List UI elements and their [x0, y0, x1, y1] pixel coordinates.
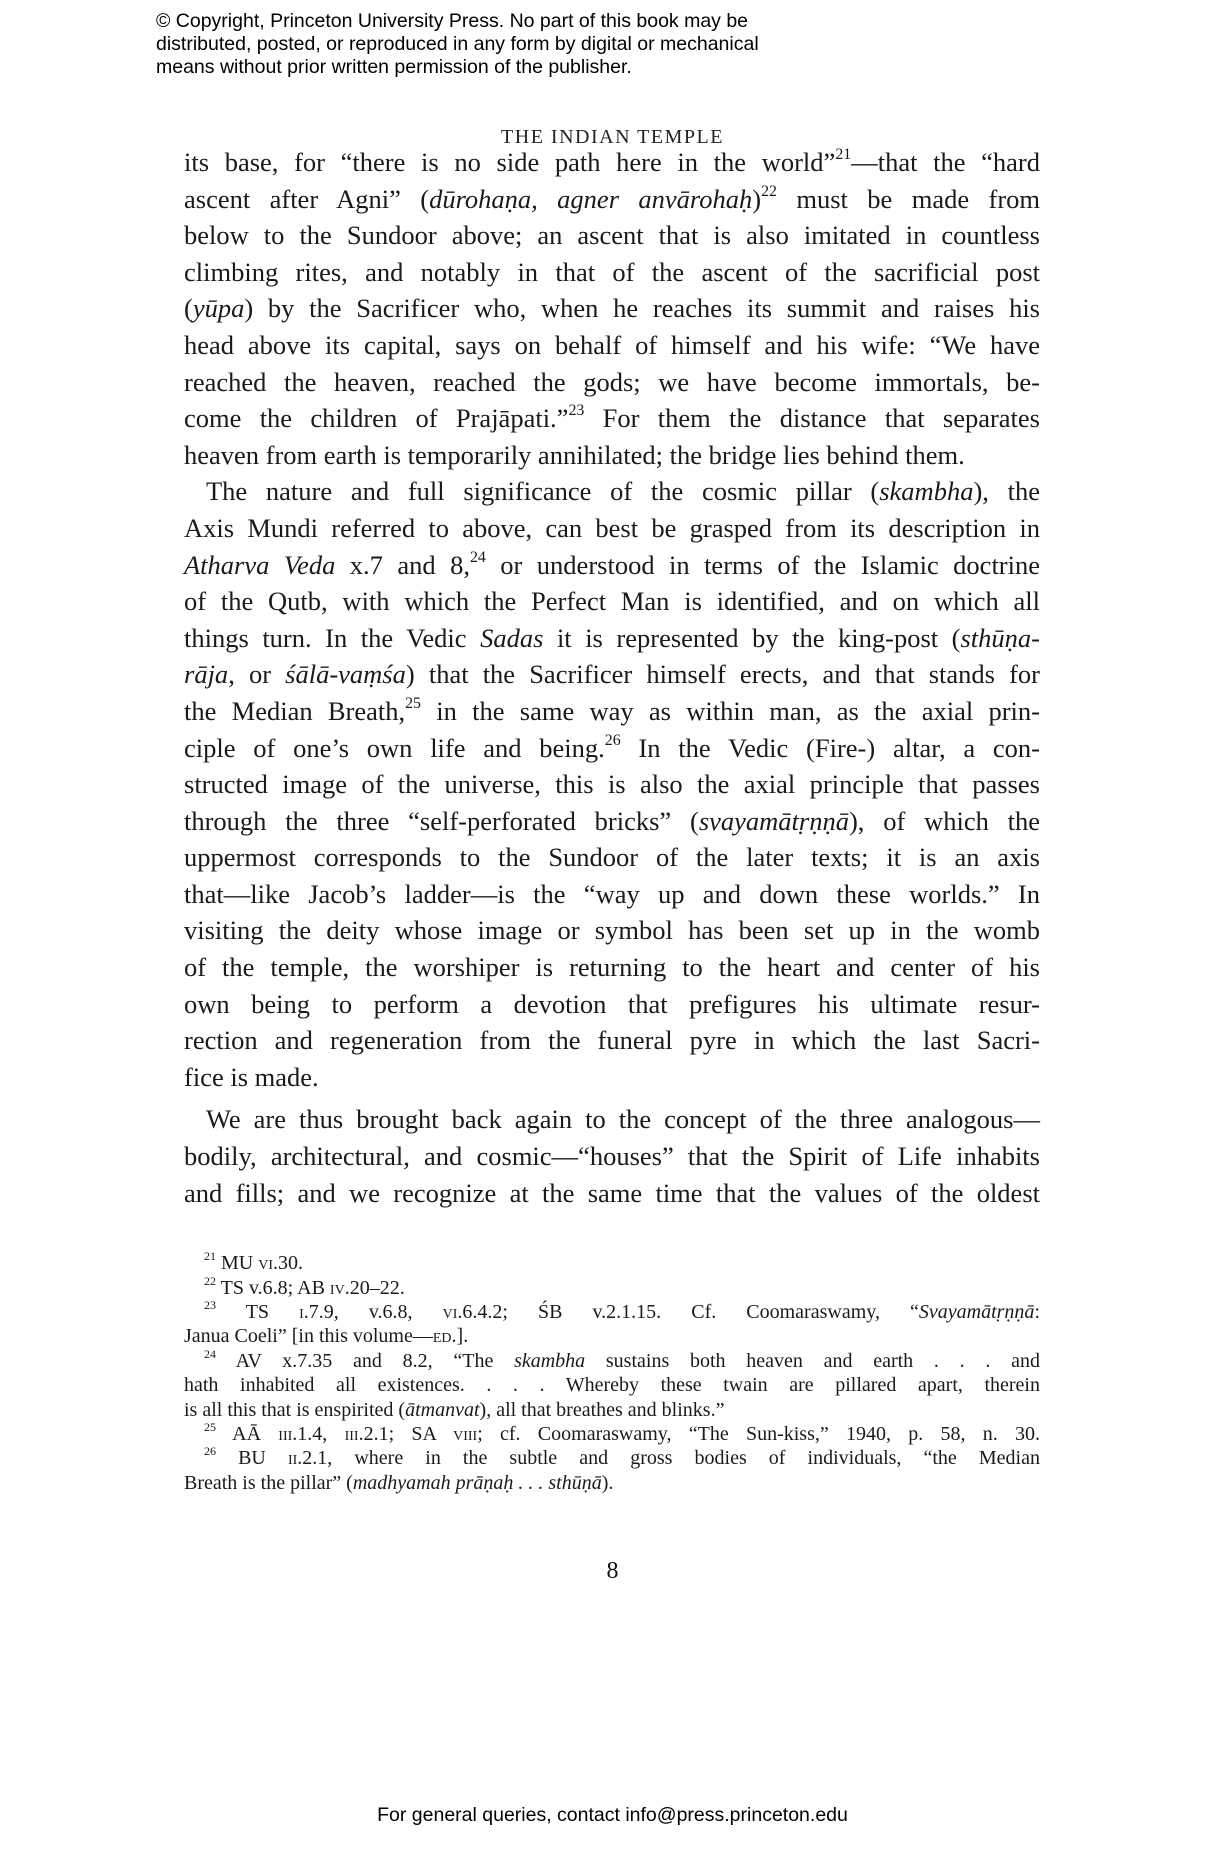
italic-term: rāja [184, 659, 228, 689]
body-line: ascent after Agni” (dūrohaṇa, agner anvā… [184, 181, 1040, 218]
small-caps-ref: viii [453, 1423, 477, 1445]
body-line: own being to perform a devotion that pre… [184, 986, 1040, 1023]
body-line: Atharva Veda x.7 and 8,24 or understood … [184, 547, 1040, 584]
body-line: its base, for “there is no side path her… [184, 144, 1040, 181]
page-number: 8 [0, 1558, 1225, 1585]
body-line: things turn. In the Vedic Sadas it is re… [184, 620, 1040, 657]
body-line: (yūpa) by the Sacrificer who, when he re… [184, 290, 1040, 327]
body-line: the Median Breath,25 in the same way as … [184, 693, 1040, 730]
footnote-marker: 23 [204, 1298, 216, 1312]
body-line: Axis Mundi referred to above, can best b… [184, 510, 1040, 547]
footnote-marker: 22 [761, 183, 777, 200]
footnote-marker: 26 [605, 732, 621, 749]
italic-term: śālā-vaṃśa [285, 659, 406, 689]
italic-term: skambha [879, 476, 973, 506]
footnote-line: is all this that is enspirited (ātmanvat… [184, 1398, 1040, 1422]
footnote-line: 21 MU vi.30. [184, 1251, 1040, 1275]
small-caps-ref: iii [278, 1423, 292, 1445]
small-caps-ref: ii [288, 1447, 297, 1469]
small-caps-ref: i [299, 1301, 304, 1323]
footnote-line: 24 AV x.7.35 and 8.2, “The skambha susta… [184, 1349, 1040, 1373]
italic-term: dūrohaṇa, agner anvārohaḥ [429, 184, 752, 214]
body-line: rāja, or śālā-vaṃśa) that the Sacrificer… [184, 656, 1040, 693]
body-line: head above its capital, says on behalf o… [184, 327, 1040, 364]
footnote-line: 22 TS v.6.8; AB iv.20–22. [184, 1276, 1040, 1300]
copyright-line: © Copyright, Princeton University Press.… [156, 10, 916, 33]
footnote-line: 26 BU ii.2.1, where in the subtle and gr… [184, 1446, 1040, 1470]
copyright-notice: © Copyright, Princeton University Press.… [156, 10, 916, 79]
body-line: of the temple, the worshiper is returnin… [184, 949, 1040, 986]
italic-term: svayamātṛṇṇā [699, 806, 849, 836]
small-caps-ref: iii [345, 1423, 359, 1445]
body-line: climbing rites, and notably in that of t… [184, 254, 1040, 291]
italic-term: ātmanvat [405, 1399, 479, 1421]
footnote-marker: 24 [470, 549, 486, 566]
body-line: We are thus brought back again to the co… [184, 1101, 1040, 1138]
footnote-line: 25 AĀ iii.1.4, iii.2.1; SA viii; cf. Coo… [184, 1422, 1040, 1446]
copyright-line: means without prior written permission o… [156, 56, 916, 79]
footnote-line: 23 TS i.7.9, v.6.8, vi.6.4.2; ŚB v.2.1.1… [184, 1300, 1040, 1324]
footnotes: 21 MU vi.30.22 TS v.6.8; AB iv.20–22.23 … [184, 1251, 1040, 1495]
footnote-marker: 24 [204, 1347, 216, 1361]
footnote-line: Janua Coeli” [in this volume—ed.]. [184, 1324, 1040, 1348]
small-caps-ref: vi [443, 1301, 458, 1323]
italic-term: skambha [514, 1350, 585, 1372]
small-caps-ref: vi [258, 1252, 273, 1274]
body-line: that—like Jacob’s ladder—is the “way up … [184, 876, 1040, 913]
footnote-line: Breath is the pillar” (madhyamah prāṇaḥ … [184, 1471, 1040, 1495]
body-line: structed image of the universe, this is … [184, 766, 1040, 803]
italic-term: Sadas [480, 623, 543, 653]
copyright-line: distributed, posted, or reproduced in an… [156, 33, 916, 56]
footnote-marker: 25 [204, 1420, 216, 1434]
footnote-line: hath inhabited all existences. . . . Whe… [184, 1373, 1040, 1397]
body-line: bodily, architectural, and cosmic—“house… [184, 1138, 1040, 1175]
contact-notice: For general queries, contact info@press.… [0, 1804, 1225, 1827]
body-line: fice is made. [184, 1059, 1040, 1096]
italic-term: Atharva Veda [184, 550, 335, 580]
body-line: ciple of one’s own life and being.26 In … [184, 730, 1040, 767]
body-line: reached the heaven, reached the gods; we… [184, 364, 1040, 401]
italic-term: madhyamah prāṇaḥ . . . sthūṇā [353, 1472, 602, 1494]
italic-term: yūpa [193, 293, 245, 323]
body-line: come the children of Prajāpati.”23 For t… [184, 400, 1040, 437]
footnote-marker: 21 [204, 1249, 216, 1263]
footnote-marker: 26 [204, 1444, 216, 1458]
footnote-marker: 22 [204, 1274, 216, 1288]
footnote-marker: 21 [835, 146, 851, 163]
italic-term: sthūṇa- [960, 623, 1040, 653]
small-caps-ref: iv [330, 1277, 345, 1299]
footnote-marker: 23 [568, 402, 584, 419]
body-line: through the three “self-perforated brick… [184, 803, 1040, 840]
body-line: visiting the deity whose image or symbol… [184, 912, 1040, 949]
page-content: its base, for “there is no side path her… [184, 144, 1040, 1495]
body-line: and fills; and we recognize at the same … [184, 1175, 1040, 1212]
small-caps-ref: ed [433, 1325, 452, 1347]
body-line: of the Qutb, with which the Perfect Man … [184, 583, 1040, 620]
italic-term: Svayamātṛṇṇā [919, 1301, 1035, 1323]
body-line: The nature and full significance of the … [184, 473, 1040, 510]
body-line: heaven from earth is temporarily annihil… [184, 437, 1040, 474]
body-line: below to the Sundoor above; an ascent th… [184, 217, 1040, 254]
body-line: uppermost corresponds to the Sundoor of … [184, 839, 1040, 876]
body-text: its base, for “there is no side path her… [184, 144, 1040, 1211]
footnote-marker: 25 [405, 695, 421, 712]
body-line: rection and regeneration from the funera… [184, 1022, 1040, 1059]
